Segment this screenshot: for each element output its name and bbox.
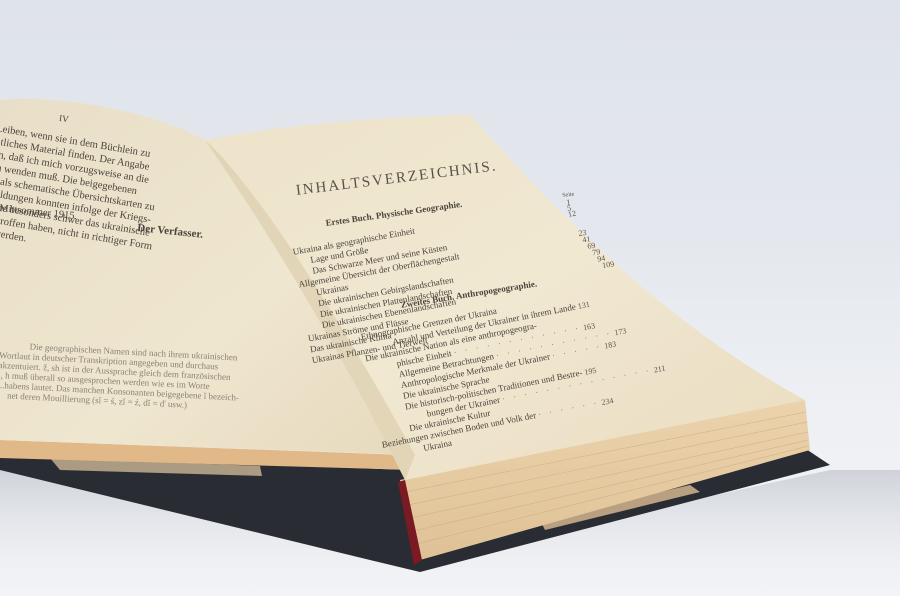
left-page-number: IV xyxy=(58,112,69,126)
toc-pages-1b: 23 41 69 79 94 109 xyxy=(578,226,615,272)
book-photo: IV ...eiben, wenn sie in dem Büchlein zu… xyxy=(0,0,900,596)
toc-entry-page: 12 xyxy=(568,211,577,218)
transliteration-note: Die geographischen Namen sind nach ihrem… xyxy=(0,340,241,413)
